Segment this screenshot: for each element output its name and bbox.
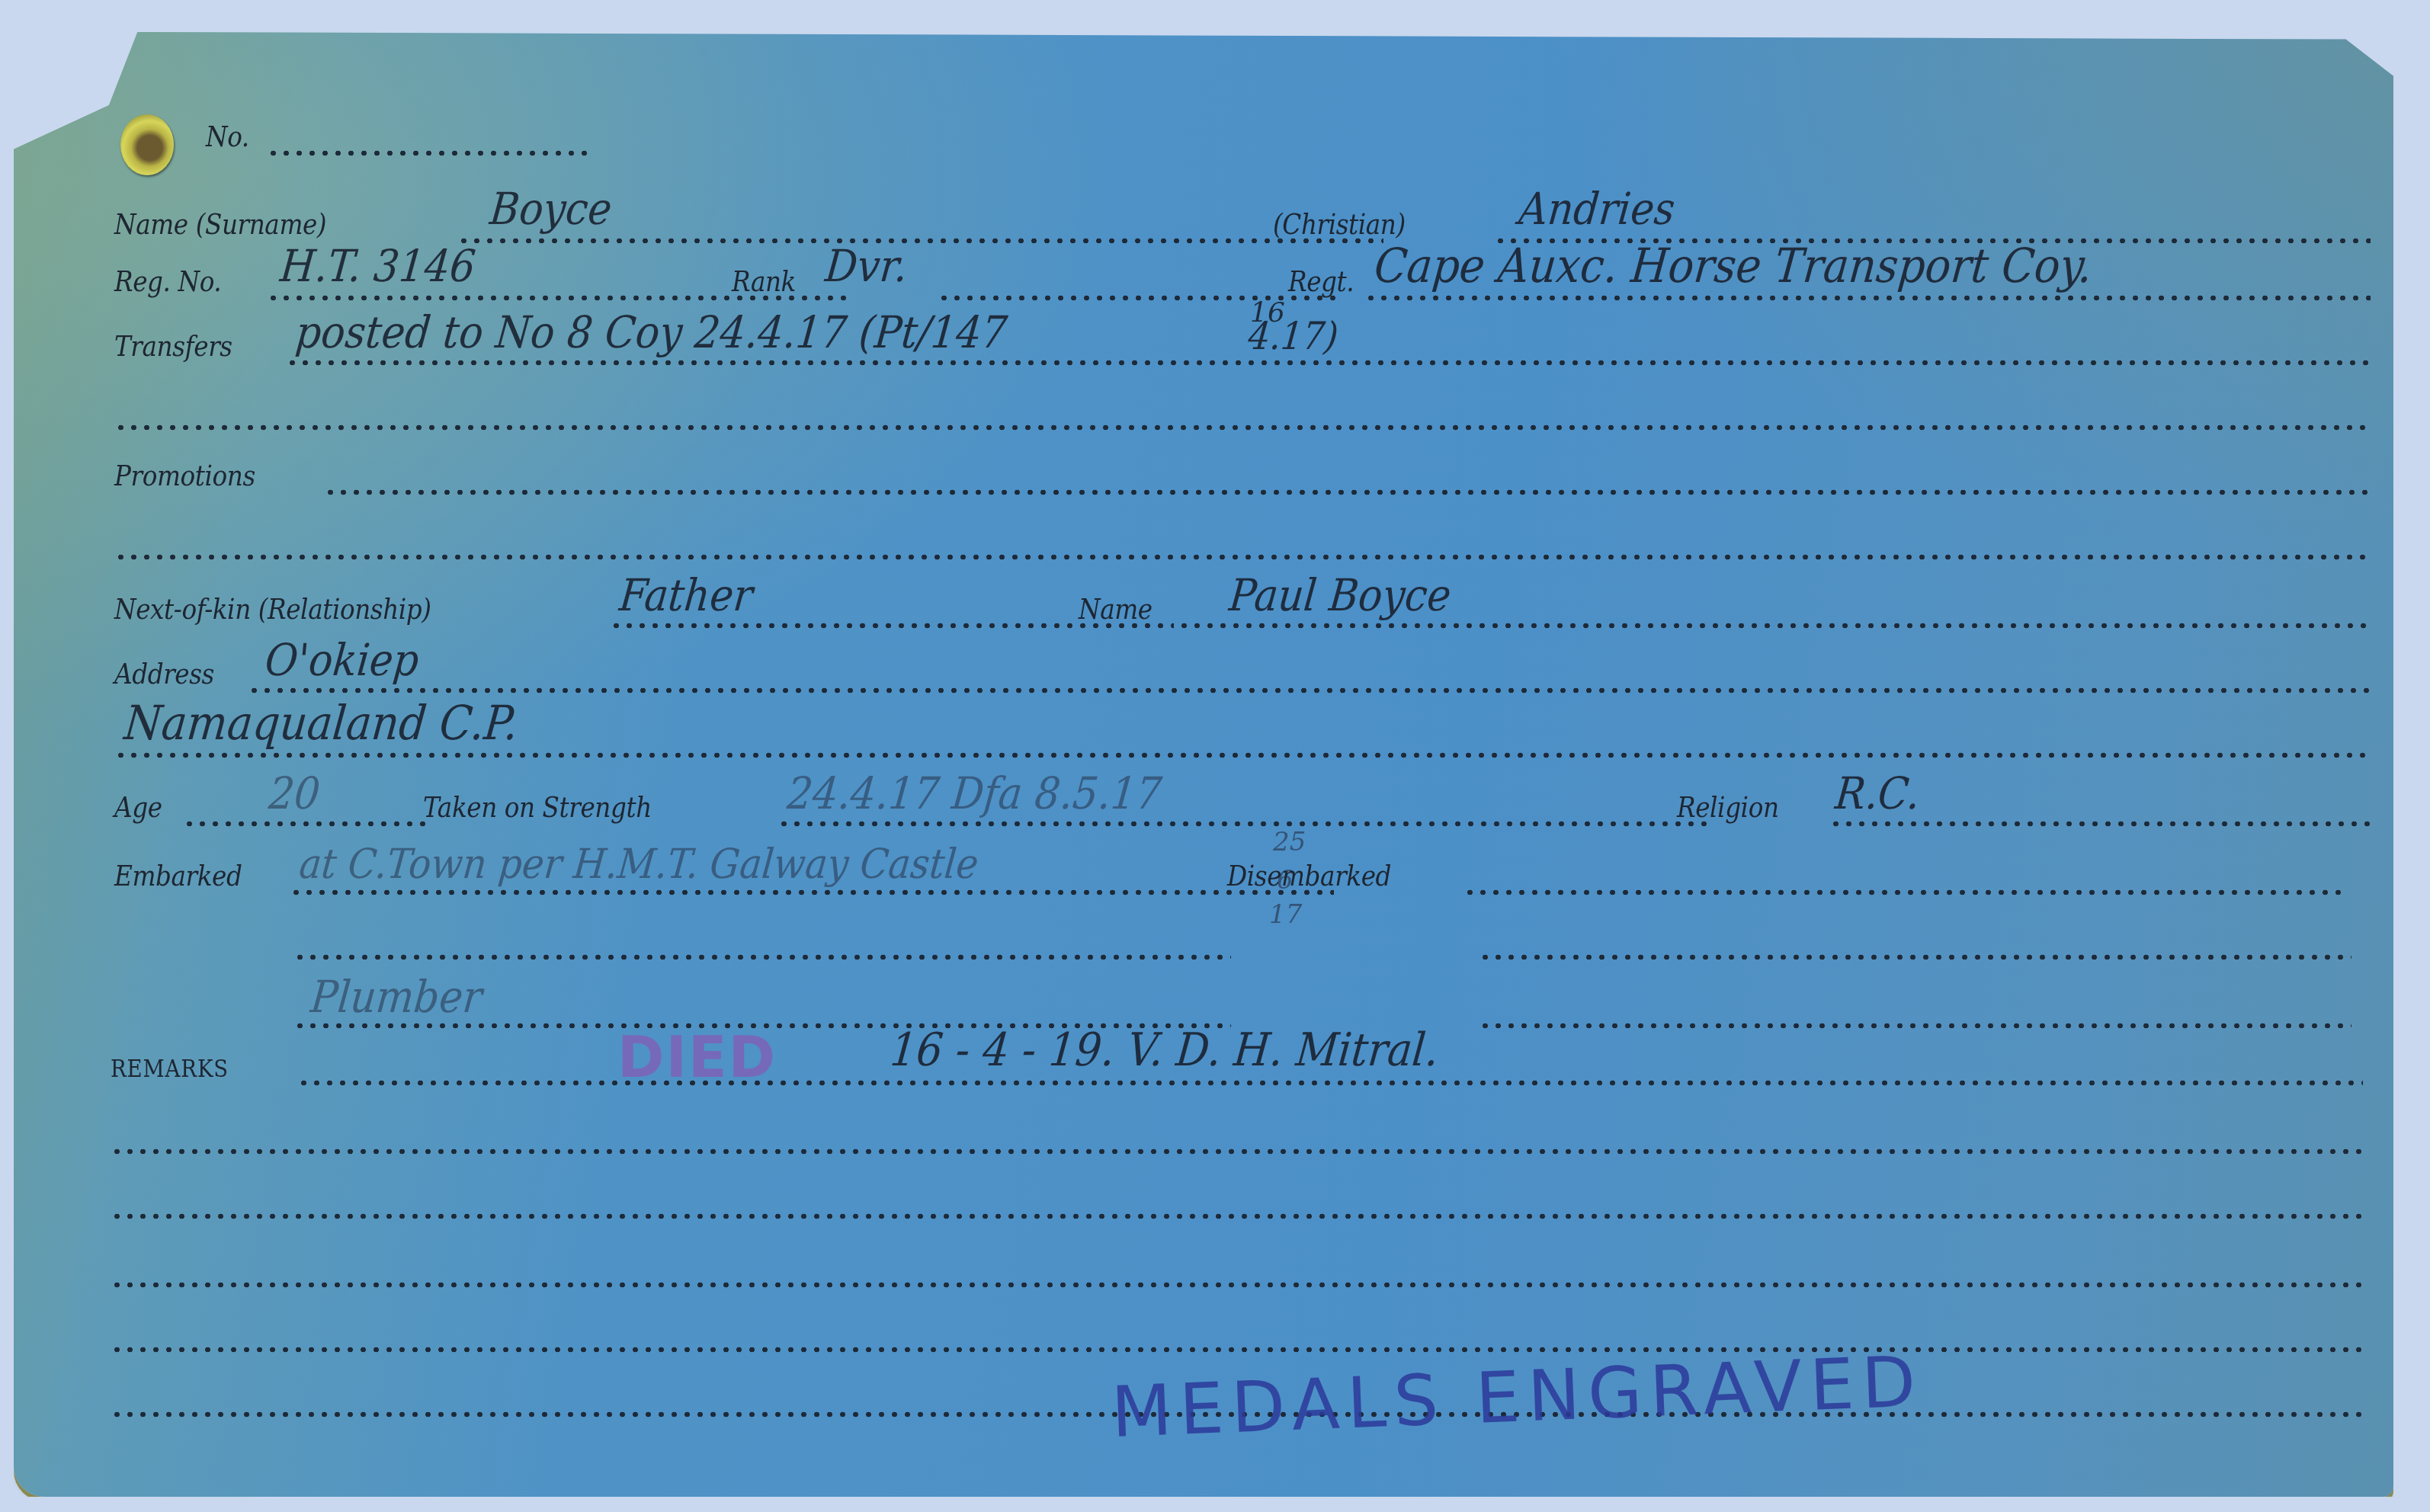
surname-label: Name (Surname) — [114, 207, 326, 241]
address-line-2 — [114, 752, 2371, 758]
trade-row: Plumber — [293, 968, 2351, 1029]
age-label: Age — [114, 790, 162, 824]
rank-label: Rank — [732, 264, 796, 298]
embarked-row: Embarked at C.Town per H.M.T. Galway Cas… — [114, 834, 2371, 895]
transfers-line — [286, 360, 2371, 366]
embark-sub-left — [293, 954, 1231, 960]
kin-name-value: Paul Boyce — [1227, 569, 1454, 621]
no-field — [267, 150, 587, 156]
taken-on-strength-value: 24.4.17 Dfa 8.5.17 — [785, 767, 1164, 819]
age-line — [183, 821, 427, 827]
blank-line — [111, 1347, 2363, 1353]
transfers-label: Transfers — [114, 329, 232, 363]
promotions-line — [324, 489, 2371, 495]
religion-value: R.C. — [1833, 767, 1922, 819]
transfers-line-2 — [114, 370, 2371, 431]
rank-value: Dvr. — [823, 240, 910, 292]
blank-line — [111, 1213, 2363, 1219]
remarks-row: REMARKS 16 - 4 - 19. V. D. H. Mitral. — [111, 1025, 2367, 1086]
disembarked-label: Disembarked — [1227, 859, 1391, 892]
relationship-value: Father — [617, 569, 755, 621]
remarks-line-5 — [111, 1292, 2367, 1353]
remarks-line-4 — [111, 1227, 2367, 1288]
address-line2-value: Namaqualand C.P. — [122, 695, 521, 751]
remarks-line-3 — [111, 1158, 2367, 1219]
name-row: Name (Surname) Boyce (Christian) Andries — [114, 183, 2371, 244]
embarked-date-day: 25 — [1273, 827, 1306, 857]
transfers-tail: 4.17) — [1246, 314, 1340, 358]
surname-value: Boyce — [488, 183, 614, 235]
kin-name-label: Name — [1079, 592, 1152, 626]
trade-value: Plumber — [309, 971, 485, 1023]
regt-value: Cape Auxc. Horse Transport Coy. — [1372, 238, 2095, 293]
transfers-value: posted to No 8 Coy 24.4.17 (Pt/147 — [293, 306, 1009, 358]
promotions-line-2 — [114, 499, 2371, 560]
transfers-row: Transfers posted to No 8 Coy 24.4.17 (Pt… — [114, 305, 2371, 366]
embark-sub-lines — [293, 899, 2351, 960]
address-line — [248, 687, 2371, 694]
christian-label: (Christian) — [1273, 207, 1406, 241]
blank-line — [111, 1148, 2363, 1155]
promotions-label: Promotions — [114, 459, 255, 492]
blank-line — [111, 1282, 2363, 1288]
address-row-2: Namaqualand C.P. — [114, 697, 2371, 758]
relationship-label: Next-of-kin (Relationship) — [114, 592, 431, 626]
blank-line — [114, 554, 2371, 560]
no-row: No. — [107, 95, 595, 156]
kin-name-line — [1178, 623, 2371, 629]
address-line1-value: O'okiep — [263, 634, 422, 686]
religion-line — [1829, 821, 2371, 827]
disembarked-line — [1463, 889, 2348, 895]
embarked-label: Embarked — [114, 859, 242, 892]
remarks-label: REMARKS — [111, 1054, 229, 1083]
remarks-line — [297, 1080, 2363, 1086]
religion-label: Religion — [1677, 790, 1779, 824]
embark-sub-right — [1479, 954, 2351, 960]
reg-no-label: Reg. No. — [114, 264, 221, 298]
age-row: Age 20 Taken on Strength 24.4.17 Dfa 8.5… — [114, 766, 2371, 827]
taken-on-strength-line — [777, 821, 1707, 827]
died-stamp: DIED — [617, 1025, 777, 1091]
remarks-value: 16 - 4 - 19. V. D. H. Mitral. — [888, 1023, 1441, 1077]
reg-no-value: H.T. 3146 — [278, 240, 478, 292]
christian-value: Andries — [1517, 183, 1677, 235]
embarked-value: at C.Town per H.M.T. Galway Castle — [297, 840, 981, 888]
regt-label: Regt. — [1288, 264, 1354, 298]
remarks-line-2 — [111, 1094, 2367, 1155]
blank-line — [114, 424, 2371, 431]
address-label: Address — [114, 657, 214, 690]
promotions-row: Promotions — [114, 434, 2371, 495]
regt-line — [1364, 295, 2371, 301]
taken-on-strength-label: Taken on Strength — [423, 790, 652, 824]
address-row: Address O'okiep — [114, 633, 2371, 694]
no-label: No. — [206, 120, 249, 153]
age-value: 20 — [267, 767, 322, 819]
embarked-line — [290, 889, 1334, 895]
next-of-kin-row: Next-of-kin (Relationship) Father Name P… — [114, 568, 2371, 629]
reg-row: Reg. No. H.T. 3146 Rank Dvr. Regt. Cape … — [114, 240, 2371, 301]
